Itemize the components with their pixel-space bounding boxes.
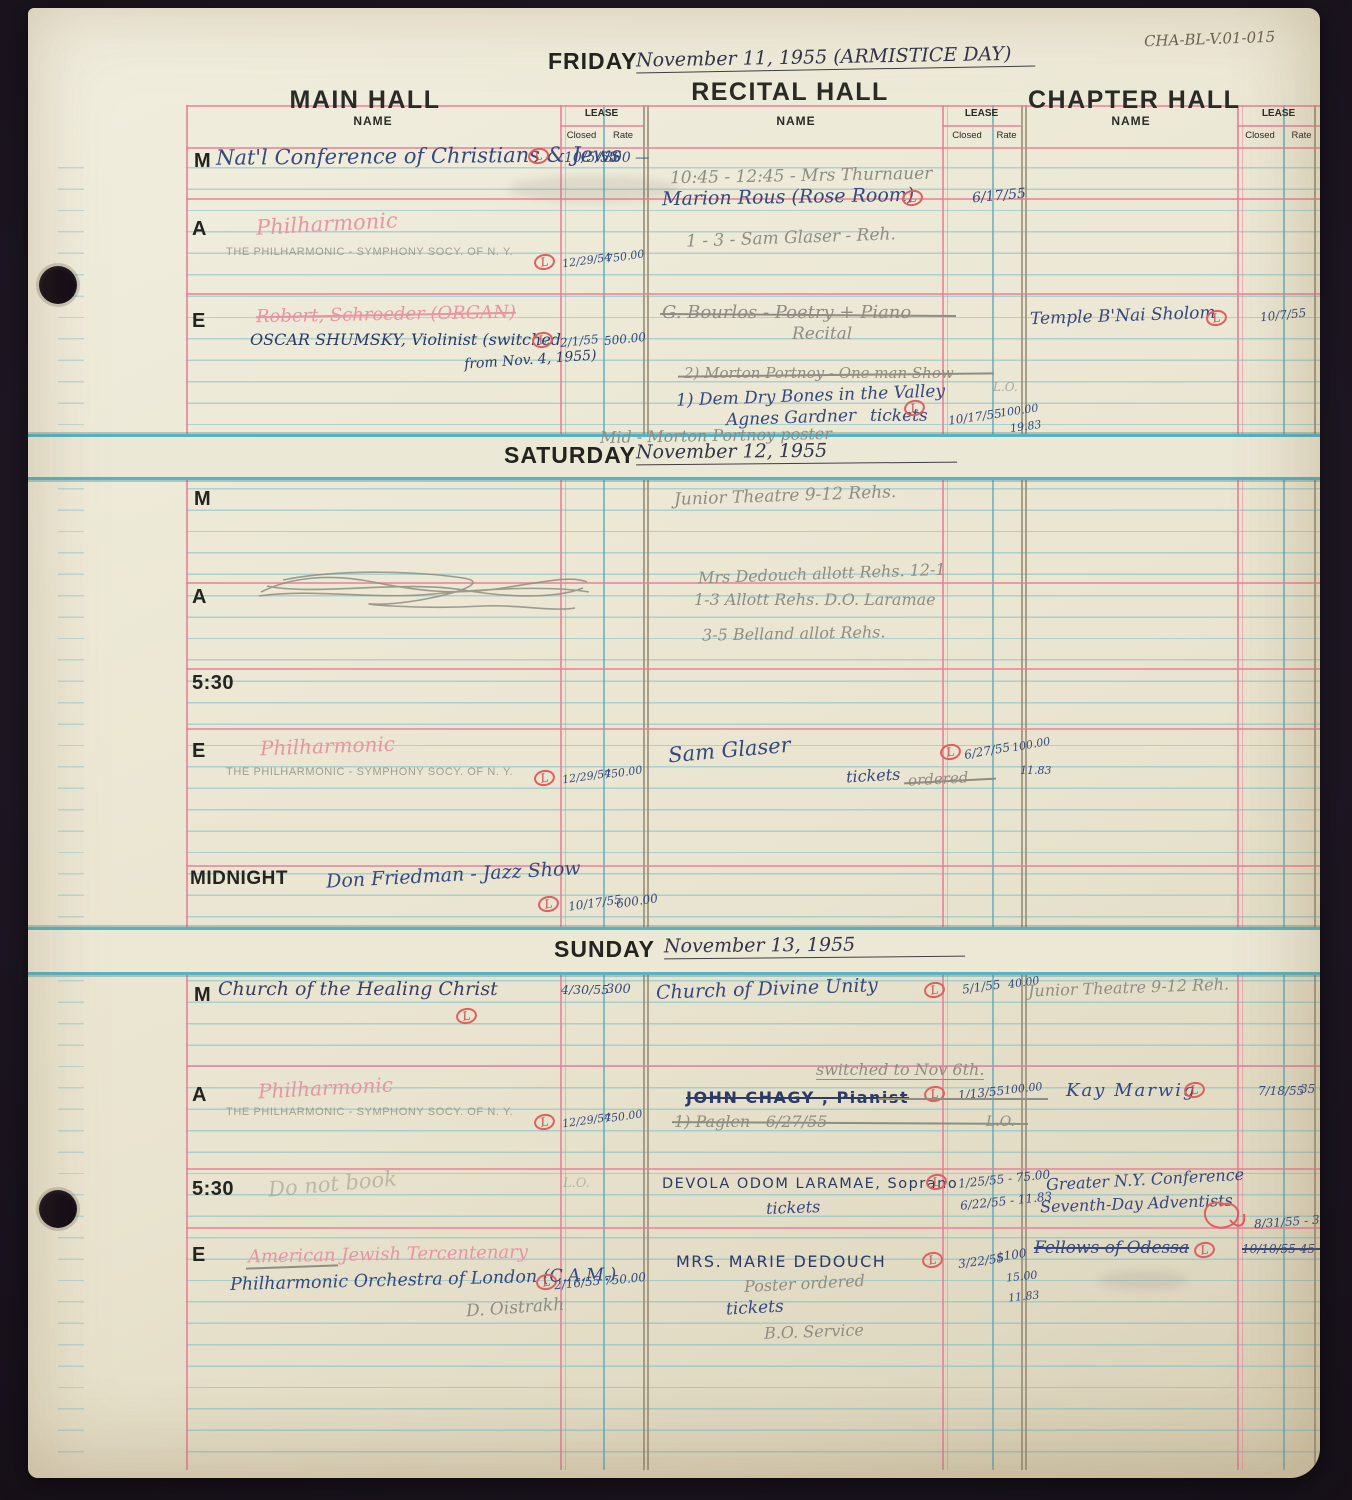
column-rule (1314, 105, 1316, 1470)
entry-name-crossed: Fellows of Odessa (1034, 1238, 1189, 1258)
strikethrough-line (878, 1098, 1048, 1100)
date-saturday: November 12, 1955 (636, 439, 957, 466)
row-label-e: E (192, 1244, 206, 1267)
row-rule (186, 728, 1320, 730)
closed-header-main: Closed (560, 130, 603, 141)
row-label-a: A (192, 1084, 207, 1107)
lease-header-main: LEASE (560, 108, 643, 119)
row-label-midnight: MIDNIGHT (190, 868, 288, 890)
column-rule (647, 105, 649, 1470)
lease-rate: 300 — (604, 150, 649, 166)
entry-name-pink: Philharmonic (260, 732, 396, 761)
entry-name: Marion Rous (Rose Room) (662, 184, 915, 210)
hall-title-main: MAIN HALL (265, 86, 465, 115)
row-label-e: E (192, 310, 206, 333)
column-rule (1237, 105, 1239, 1470)
lease-header-recital: LEASE (942, 108, 1021, 119)
red-scribble (1194, 1194, 1250, 1240)
lease-closed-rate-crossed: 10/10/55 45 — (1242, 1242, 1320, 1256)
lease-closed: 4/30/55 (561, 982, 609, 997)
entry-name-crossed: JOHN CHAGY , Pianist (686, 1088, 909, 1107)
entry-name: OSCAR SHUMSKY, Violinist (switched (250, 330, 561, 349)
pencil-note-faint: L.O. (563, 1176, 590, 1191)
rate-header-main: Rate (603, 130, 643, 141)
ledger-page: CHA-BL-V.01-015 FRIDAY November 11, 1955… (28, 8, 1320, 1478)
row-label-a: A (192, 218, 207, 241)
pencil-note: L.O. (993, 380, 1018, 394)
philharmonic-stamp: THE PHILHARMONIC - SYMPHONY SOCY. OF N. … (226, 766, 513, 778)
rate-header-chapter: Rate (1283, 130, 1320, 141)
row-label-530: 5:30 (192, 1178, 234, 1201)
entry-note: tickets (766, 1197, 821, 1218)
row-rule (942, 125, 1021, 127)
entry-note: 1-3 Allott Rehs. D.O. Laramae (694, 590, 936, 609)
philharmonic-stamp: THE PHILHARMONIC - SYMPHONY SOCY. OF N. … (226, 246, 513, 258)
row-label-m: M (194, 984, 211, 1007)
date-friday: November 11, 1955 (ARMISTICE DAY) (636, 43, 1036, 74)
entry-crossed: Recital (792, 324, 852, 344)
name-header-chapter: NAME (1025, 114, 1237, 128)
row-label-m: M (194, 150, 211, 173)
entry-note: tickets (726, 1297, 785, 1320)
entry-name: Nat'l Conference of Christians & Jews (216, 142, 622, 170)
philharmonic-stamp: THE PHILHARMONIC - SYMPHONY SOCY. OF N. … (226, 1106, 513, 1118)
column-rule (1025, 105, 1027, 1470)
row-label-a: A (192, 586, 207, 609)
lease-header-chapter: LEASE (1237, 108, 1320, 119)
day-title-friday: FRIDAY (548, 48, 638, 75)
hall-title-chapter: CHAPTER HALL (1028, 86, 1228, 115)
row-label-530: 5:30 (192, 672, 234, 695)
column-rule (186, 105, 188, 1470)
lease-rate: 300 (606, 982, 631, 997)
entry-name: Church of the Healing Christ (218, 978, 498, 1000)
erased-pencil-smudge (508, 176, 678, 202)
column-rule (1242, 105, 1243, 1470)
entry-name: DEVOLA ODOM LARAMAE, Soprano (662, 1176, 958, 1192)
pencil-note: switched to Nov 6th. (816, 1060, 984, 1080)
row-rule (186, 1227, 1320, 1229)
pencil-scrawl (1098, 1270, 1188, 1290)
closed-header-recital: Closed (942, 130, 992, 141)
lease-closed: 7/18/55 (1258, 1084, 1304, 1098)
punch-hole (39, 266, 77, 304)
punch-hole (39, 1190, 77, 1228)
row-rule (560, 125, 643, 127)
column-rule (1021, 105, 1023, 1470)
row-label-e: E (192, 740, 206, 763)
entry-name: Kay Marwig (1066, 1080, 1197, 1101)
row-label-m: M (194, 488, 211, 511)
row-rule (1237, 125, 1320, 127)
day-title-saturday: SATURDAY (504, 442, 636, 469)
entry-note: 3-5 Belland allot Rehs. (702, 622, 886, 644)
edge-tick-marks (58, 147, 84, 1470)
entry-name: MRS. MARIE DEDOUCH (676, 1252, 886, 1271)
column-rule (643, 105, 645, 1470)
row-rule (186, 293, 1320, 295)
row-rule (186, 865, 1320, 867)
day-title-sunday: SUNDAY (554, 936, 655, 963)
lease-rate: 35 — (1300, 1082, 1320, 1096)
catalog-code: CHA-BL-V.01-015 (1144, 28, 1276, 51)
column-rule (560, 105, 562, 1470)
pencil-note: B.O. Service (764, 1320, 864, 1342)
name-header-recital: NAME (650, 114, 942, 128)
name-header-main: NAME (186, 114, 560, 128)
lease-rate-2: 11.83 (1020, 764, 1052, 777)
closed-header-chapter: Closed (1237, 130, 1283, 141)
scribbled-out-entry (253, 566, 593, 614)
date-sunday: November 13, 1955 (664, 933, 965, 960)
entry-note: tickets (846, 765, 901, 787)
rate-header-recital: Rate (992, 130, 1021, 141)
row-rule (186, 668, 1320, 670)
row-rule (186, 1065, 1320, 1067)
hall-title-recital: RECITAL HALL (690, 78, 890, 107)
